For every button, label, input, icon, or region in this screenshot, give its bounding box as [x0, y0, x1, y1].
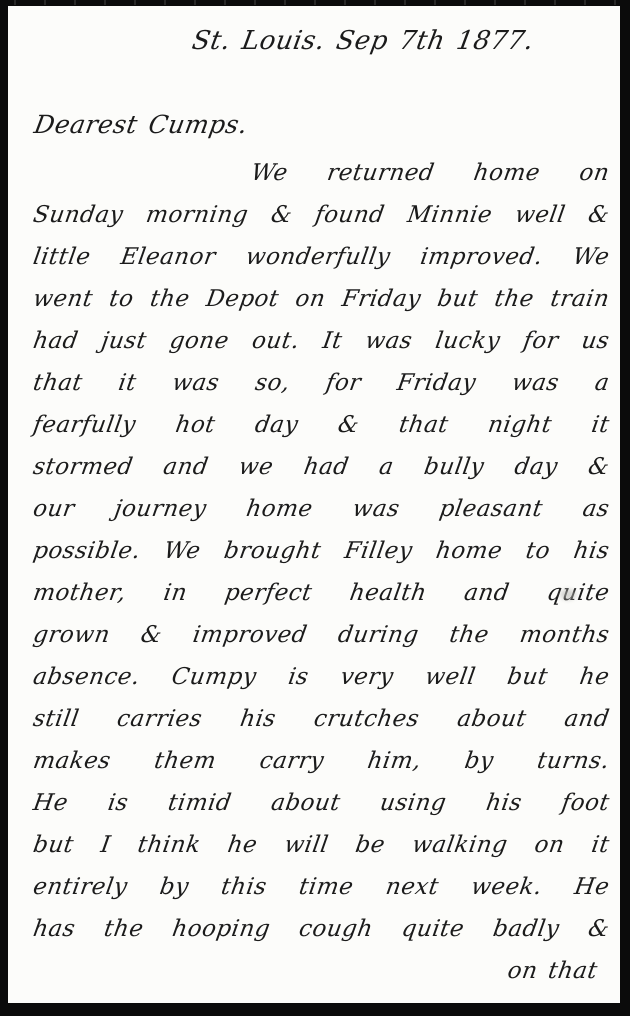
letter-line: absence. Cumpy is very well but he	[30, 656, 613, 698]
letter-line: that it was so, for Friday was a	[30, 362, 613, 404]
scan-smudge	[560, 589, 576, 600]
letter-line: went to the Depot on Friday but the trai…	[30, 278, 613, 320]
letter-line: fearfully hot day & that night it	[30, 404, 613, 446]
letter-salutation: Dearest Cumps.	[32, 110, 250, 139]
letter-line: makes them carry him, by turns.	[30, 740, 613, 782]
letter-line: grown & improved during the months	[30, 614, 613, 656]
letter-line: We returned home on	[30, 152, 613, 194]
letter-line: stormed and we had a bully day &	[30, 446, 613, 488]
letter-line: Sunday morning & found Minnie well &	[30, 194, 613, 236]
letter-line: possible. We brought Filley home to his	[30, 530, 613, 572]
letter-line: has the hooping cough quite badly &	[30, 908, 613, 950]
letter-page: St. Louis. Sep 7th 1877. Dearest Cumps. …	[8, 6, 620, 1003]
letter-line: but I think he will be walking on it	[30, 824, 613, 866]
letter-body: We returned home on Sunday morning & fou…	[30, 152, 606, 992]
letter-line: little Eleanor wonderfully improved. We	[30, 236, 613, 278]
letter-line: still carries his crutches about and	[30, 698, 613, 740]
scanned-letter: St. Louis. Sep 7th 1877. Dearest Cumps. …	[0, 0, 630, 1016]
letter-line: mother, in perfect health and quite	[30, 572, 613, 614]
letter-line: our journey home was pleasant as	[30, 488, 613, 530]
letter-catchword: on that	[30, 950, 613, 992]
letter-line: entirely by this time next week. He	[30, 866, 613, 908]
letter-line: had just gone out. It was lucky for us	[30, 320, 613, 362]
letter-dateline: St. Louis. Sep 7th 1877.	[165, 26, 560, 56]
scan-edge-noise	[0, 0, 630, 5]
letter-line: He is timid about using his foot	[30, 782, 613, 824]
